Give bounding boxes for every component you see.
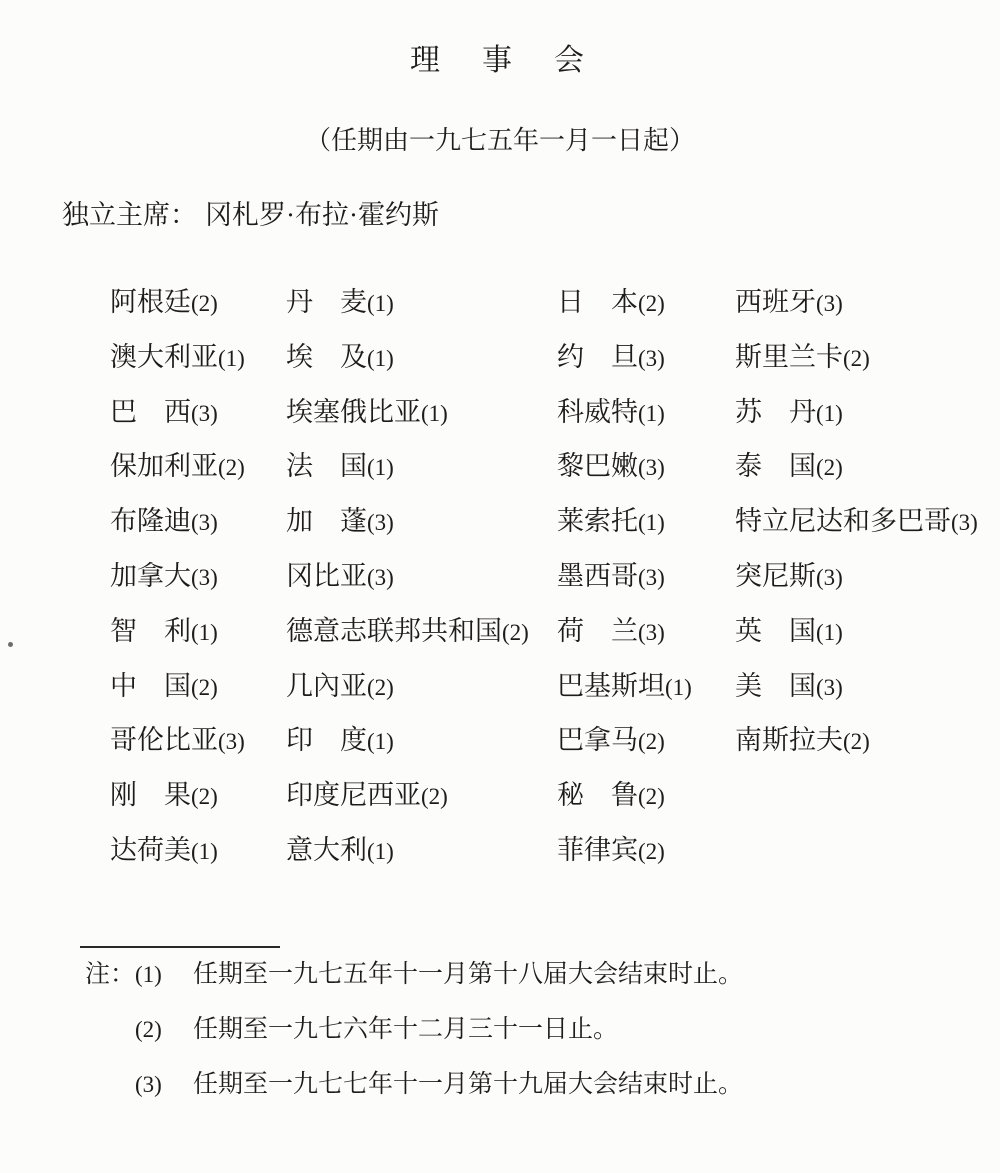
member-column-2: 丹 麦(1)埃 及(1)埃塞俄比亚(1)法 国(1)加 蓬(3)冈比亚(3)德意… <box>286 275 529 878</box>
member-term: (1) <box>367 455 394 480</box>
page-title: 理 事 会 <box>0 42 1000 80</box>
member-name: 刚 果 <box>110 780 191 810</box>
member-term: (2) <box>638 784 665 809</box>
member-entry: 几內亚(2) <box>286 659 529 714</box>
member-term: (2) <box>367 675 394 700</box>
member-entry: 秘 鲁(2) <box>557 768 692 823</box>
chairman-line: 独立主席：冈札罗·布拉·霍约斯 <box>62 198 439 232</box>
member-entry: 墨西哥(3) <box>557 549 692 604</box>
member-term: (2) <box>638 729 665 754</box>
chairman-name: 冈札罗·布拉·霍约斯 <box>205 200 439 230</box>
note-text: 任期至一九七六年十二月三十一日止。 <box>193 1012 618 1067</box>
member-term: (2) <box>191 784 218 809</box>
member-name: 冈比亚 <box>286 561 367 591</box>
member-term: (2) <box>191 291 218 316</box>
member-entry: 特立尼达和多巴哥(3) <box>735 494 978 549</box>
scan-artifact-dot <box>8 642 13 647</box>
member-name: 突尼斯 <box>735 561 816 591</box>
member-term: (2) <box>191 675 218 700</box>
member-entry: 阿根廷(2) <box>110 275 245 330</box>
member-term: (1) <box>218 346 245 371</box>
member-entry: 日 本(2) <box>557 275 692 330</box>
member-name: 中 国 <box>110 671 191 701</box>
member-name: 加 蓬 <box>286 506 367 536</box>
member-name: 巴 西 <box>110 397 191 427</box>
member-entry: 埃 及(1) <box>286 330 529 385</box>
member-entry: 菲律宾(2) <box>557 823 692 878</box>
member-term: (1) <box>367 291 394 316</box>
member-name: 意大利 <box>286 835 367 865</box>
member-name: 智 利 <box>110 616 191 646</box>
member-column-1: 阿根廷(2)澳大利亚(1)巴 西(3)保加利亚(2)布隆迪(3)加拿大(3)智 … <box>110 275 245 878</box>
member-term: (3) <box>816 675 843 700</box>
member-name: 莱索托 <box>557 506 638 536</box>
member-entry: 英 国(1) <box>735 604 978 659</box>
note-marker: (1) <box>135 957 193 1012</box>
member-entry: 加拿大(3) <box>110 549 245 604</box>
member-entry: 莱索托(1) <box>557 494 692 549</box>
member-name: 特立尼达和多巴哥 <box>735 506 951 536</box>
member-term: (2) <box>816 455 843 480</box>
member-name: 黎巴嫩 <box>557 451 638 481</box>
member-term: (3) <box>191 510 218 535</box>
member-entry: 冈比亚(3) <box>286 549 529 604</box>
member-term: (2) <box>218 455 245 480</box>
member-name: 几內亚 <box>286 671 367 701</box>
member-term: (1) <box>367 839 394 864</box>
member-name: 埃 及 <box>286 342 367 372</box>
notes-label <box>85 1067 135 1122</box>
member-term: (1) <box>816 620 843 645</box>
member-entry: 泰 国(2) <box>735 439 978 494</box>
member-term: (3) <box>951 510 978 535</box>
scan-artifact-dot <box>203 458 206 461</box>
note-marker: (3) <box>135 1067 193 1122</box>
note-text: 任期至一九七七年十一月第十九届大会结束时止。 <box>193 1067 743 1122</box>
chairman-label: 独立主席： <box>62 200 197 230</box>
member-entry: 布隆迪(3) <box>110 494 245 549</box>
member-term: (3) <box>191 401 218 426</box>
member-term: (3) <box>816 291 843 316</box>
member-entry: 丹 麦(1) <box>286 275 529 330</box>
member-entry: 德意志联邦共和国(2) <box>286 604 529 659</box>
member-name: 苏 丹 <box>735 397 816 427</box>
member-entry: 约 旦(3) <box>557 330 692 385</box>
member-term: (1) <box>665 675 692 700</box>
member-name: 南斯拉夫 <box>735 725 843 755</box>
member-term: (2) <box>638 839 665 864</box>
member-name: 布隆迪 <box>110 506 191 536</box>
member-name: 法 国 <box>286 451 367 481</box>
member-name: 巴基斯坦 <box>557 671 665 701</box>
member-term: (3) <box>638 620 665 645</box>
member-term: (1) <box>421 401 448 426</box>
member-name: 日 本 <box>557 287 638 317</box>
member-name: 科威特 <box>557 397 638 427</box>
member-name: 加拿大 <box>110 561 191 591</box>
member-name: 西班牙 <box>735 287 816 317</box>
member-entry: 苏 丹(1) <box>735 385 978 440</box>
member-name: 德意志联邦共和国 <box>286 616 502 646</box>
note-row: (2)任期至一九七六年十二月三十一日止。 <box>85 1012 743 1067</box>
member-entry: 印 度(1) <box>286 713 529 768</box>
member-name: 美 国 <box>735 671 816 701</box>
member-term: (1) <box>367 346 394 371</box>
member-entry: 荷 兰(3) <box>557 604 692 659</box>
member-term: (1) <box>638 510 665 535</box>
member-name: 印度尼西亚 <box>286 780 421 810</box>
member-term: (2) <box>638 291 665 316</box>
member-name: 保加利亚 <box>110 451 218 481</box>
member-name: 阿根廷 <box>110 287 191 317</box>
member-name: 澳大利亚 <box>110 342 218 372</box>
notes-label <box>85 1012 135 1067</box>
member-term: (3) <box>218 729 245 754</box>
member-entry: 中 国(2) <box>110 659 245 714</box>
scanned-document-page: 理 事 会 （任期由一九七五年一月一日起） 独立主席：冈札罗·布拉·霍约斯 阿根… <box>0 0 1000 1173</box>
member-entry: 美 国(3) <box>735 659 978 714</box>
member-term: (3) <box>367 510 394 535</box>
member-entry: 哥伦比亚(3) <box>110 713 245 768</box>
member-entry: 巴 西(3) <box>110 385 245 440</box>
member-name: 巴拿马 <box>557 725 638 755</box>
member-column-3: 日 本(2)约 旦(3)科威特(1)黎巴嫩(3)莱索托(1)墨西哥(3)荷 兰(… <box>557 275 692 878</box>
page-subtitle: （任期由一九七五年一月一日起） <box>0 122 1000 160</box>
member-column-4: 西班牙(3)斯里兰卡(2)苏 丹(1)泰 国(2)特立尼达和多巴哥(3)突尼斯(… <box>735 275 978 768</box>
member-term: (2) <box>502 620 529 645</box>
member-term: (2) <box>843 346 870 371</box>
member-name: 泰 国 <box>735 451 816 481</box>
member-term: (1) <box>638 401 665 426</box>
member-term: (1) <box>191 620 218 645</box>
note-row: 注：(1)任期至一九七五年十一月第十八届大会结束时止。 <box>85 957 743 1012</box>
member-term: (2) <box>843 729 870 754</box>
member-entry: 突尼斯(3) <box>735 549 978 604</box>
member-term: (1) <box>367 729 394 754</box>
member-entry: 加 蓬(3) <box>286 494 529 549</box>
member-entry: 南斯拉夫(2) <box>735 713 978 768</box>
note-text: 任期至一九七五年十一月第十八届大会结束时止。 <box>193 957 743 1012</box>
member-term: (2) <box>421 784 448 809</box>
member-term: (1) <box>816 401 843 426</box>
member-entry: 黎巴嫩(3) <box>557 439 692 494</box>
note-marker: (2) <box>135 1012 193 1067</box>
member-entry: 科威特(1) <box>557 385 692 440</box>
member-name: 斯里兰卡 <box>735 342 843 372</box>
member-term: (3) <box>638 565 665 590</box>
member-term: (3) <box>816 565 843 590</box>
member-name: 秘 鲁 <box>557 780 638 810</box>
member-term: (3) <box>638 346 665 371</box>
member-name: 埃塞俄比亚 <box>286 397 421 427</box>
member-entry: 巴拿马(2) <box>557 713 692 768</box>
member-entry: 意大利(1) <box>286 823 529 878</box>
member-entry: 印度尼西亚(2) <box>286 768 529 823</box>
member-entry: 斯里兰卡(2) <box>735 330 978 385</box>
member-name: 哥伦比亚 <box>110 725 218 755</box>
member-name: 印 度 <box>286 725 367 755</box>
member-entry: 保加利亚(2) <box>110 439 245 494</box>
member-name: 荷 兰 <box>557 616 638 646</box>
member-entry: 巴基斯坦(1) <box>557 659 692 714</box>
member-term: (3) <box>367 565 394 590</box>
member-term: (3) <box>638 455 665 480</box>
member-entry: 埃塞俄比亚(1) <box>286 385 529 440</box>
member-term: (3) <box>191 565 218 590</box>
member-name: 墨西哥 <box>557 561 638 591</box>
member-entry: 澳大利亚(1) <box>110 330 245 385</box>
member-name: 菲律宾 <box>557 835 638 865</box>
member-term: (1) <box>191 839 218 864</box>
note-row: (3)任期至一九七七年十一月第十九届大会结束时止。 <box>85 1067 743 1122</box>
notes-label: 注： <box>85 957 135 1012</box>
member-name: 丹 麦 <box>286 287 367 317</box>
notes-separator-line <box>80 946 280 948</box>
member-name: 达荷美 <box>110 835 191 865</box>
member-entry: 法 国(1) <box>286 439 529 494</box>
member-entry: 智 利(1) <box>110 604 245 659</box>
notes-section: 注：(1)任期至一九七五年十一月第十八届大会结束时止。(2)任期至一九七六年十二… <box>85 957 743 1122</box>
member-name: 英 国 <box>735 616 816 646</box>
member-entry: 达荷美(1) <box>110 823 245 878</box>
member-name: 约 旦 <box>557 342 638 372</box>
member-entry: 西班牙(3) <box>735 275 978 330</box>
member-entry: 刚 果(2) <box>110 768 245 823</box>
